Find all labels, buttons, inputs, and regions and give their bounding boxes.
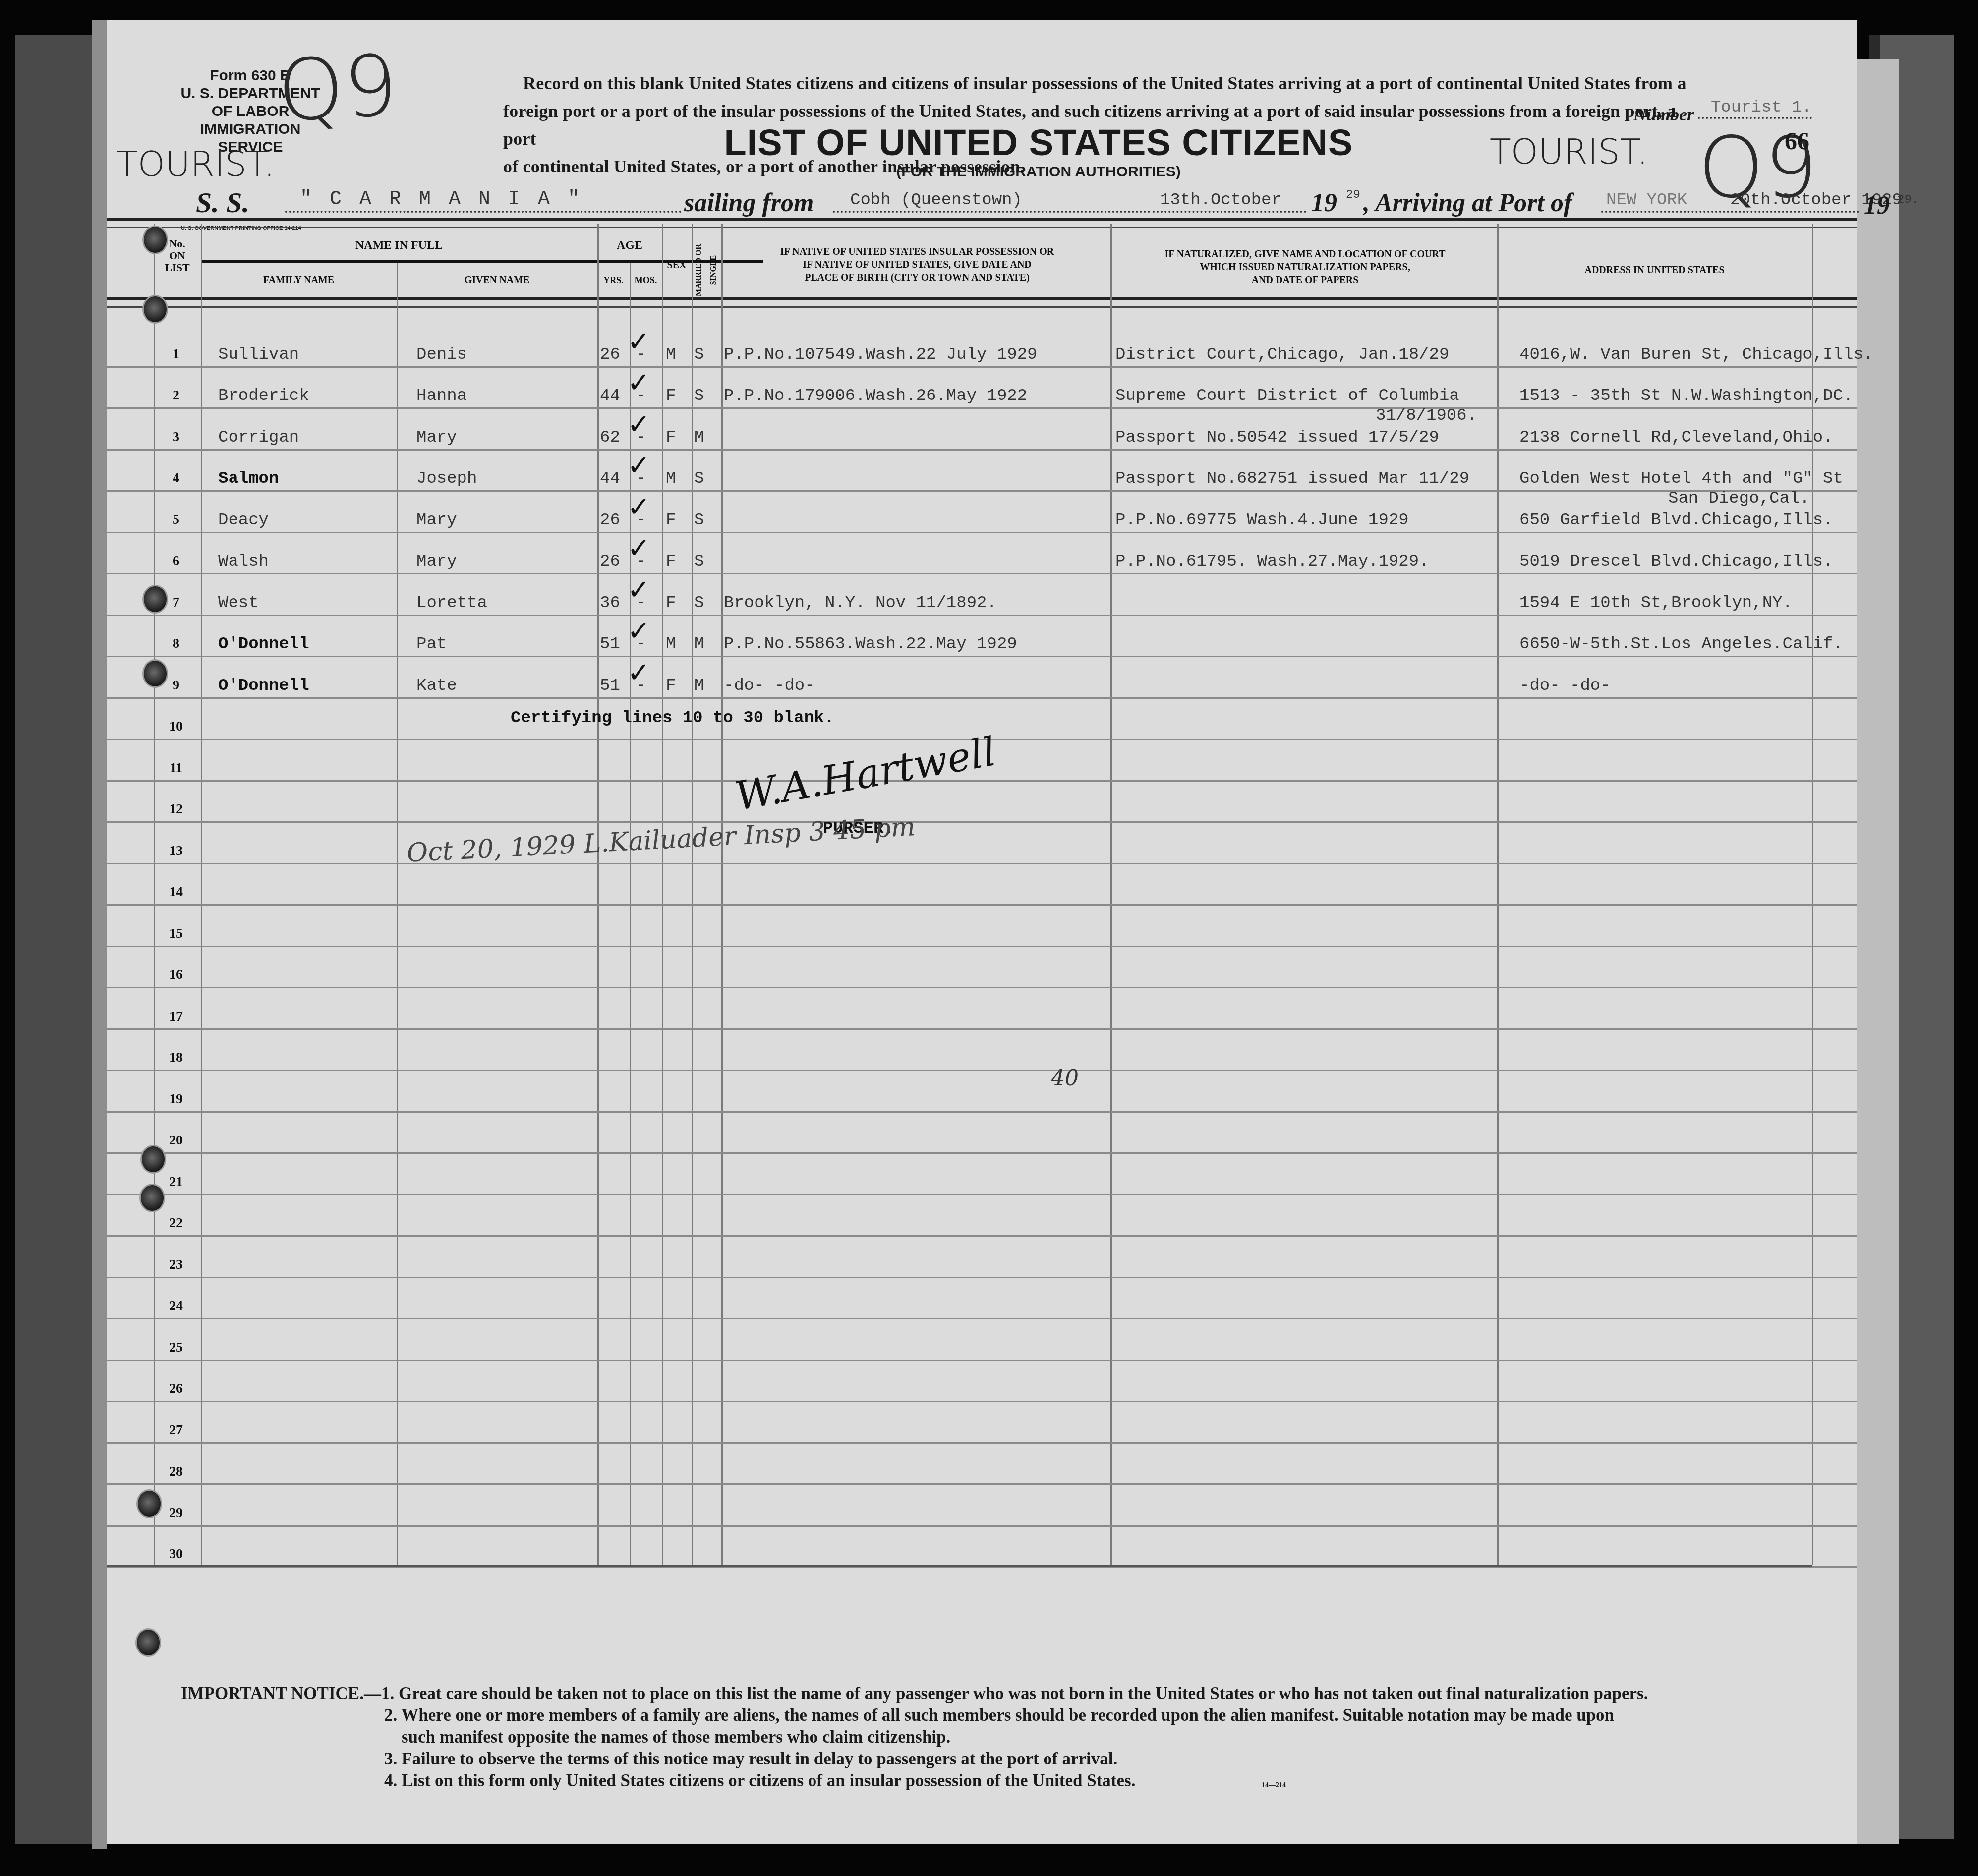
handwritten-class-right: TOURIST. <box>1490 131 1648 172</box>
given-name: Mary <box>416 428 457 447</box>
header-mos: MOS. <box>630 273 662 287</box>
check-mark-icon: ✓ <box>627 491 650 523</box>
age-years: 44 <box>600 387 620 405</box>
family-name: Corrigan <box>218 428 299 447</box>
ruled-line <box>107 1483 1857 1485</box>
ruled-line <box>107 1401 1857 1402</box>
family-name: Broderick <box>218 387 309 405</box>
header-family-name: FAMILY NAME <box>201 273 397 287</box>
family-name: Deacy <box>218 511 269 530</box>
family-name: Sullivan <box>218 345 299 364</box>
number-label: Number <box>1633 105 1694 124</box>
given-name: Mary <box>416 511 457 530</box>
sailing-from-port: Cobh (Queenstown) <box>850 191 1022 210</box>
ruled-line <box>107 821 1857 823</box>
header-nat-line-2: WHICH ISSUED NATURALIZATION PAPERS, <box>1113 261 1497 274</box>
ruled-line <box>107 987 1857 988</box>
check-mark-icon: ✓ <box>627 615 650 647</box>
ruled-line <box>107 1525 1857 1527</box>
ruled-line <box>107 1360 1857 1361</box>
ruled-line <box>107 1194 1857 1195</box>
line-number: 12 <box>156 801 196 817</box>
header-nat-line-1: IF NATURALIZED, GIVE NAME AND LOCATION O… <box>1113 248 1497 261</box>
age-years: 51 <box>600 677 620 695</box>
number-value: Tourist 1. <box>1698 98 1812 119</box>
sex: M <box>666 469 676 488</box>
naturalization-info: District Court,Chicago, Jan.18/29 <box>1115 345 1449 364</box>
manifest-page: Form 630 B U. S. DEPARTMENT OF LABOR IMM… <box>107 20 1857 1844</box>
table-row: WalshMary26-FSP.P.No.61795. Wash.27.May.… <box>107 547 1812 589</box>
ruled-line <box>107 946 1857 947</box>
address: 650 Garfield Blvd.Chicago,Ills. <box>1519 511 1833 530</box>
naturalization-info: P.P.No.69775 Wash.4.June 1929 <box>1115 511 1409 530</box>
marital-status: M <box>694 428 704 447</box>
table-row: CorriganMary62-FMPassport No.50542 issue… <box>107 423 1812 465</box>
address: 4016,W. Van Buren St, Chicago,Ills. <box>1519 345 1873 364</box>
page-title: LIST OF UNITED STATES CITIZENS <box>716 121 1361 164</box>
ruled-line <box>107 1318 1857 1319</box>
line-number: 15 <box>156 926 196 942</box>
header-name-in-full: NAME IN FULL <box>201 238 597 253</box>
sailing-from-label: sailing from <box>684 188 814 218</box>
address: Golden West Hotel 4th and "G" St <box>1519 469 1843 488</box>
punch-hole <box>135 1628 161 1657</box>
line-number: 10 <box>156 719 196 735</box>
ruled-line <box>107 1028 1857 1030</box>
marital-status: S <box>694 387 704 405</box>
notice-item-3: 3. Failure to observe the terms of this … <box>181 1748 1648 1770</box>
sex: F <box>666 511 676 530</box>
handwritten-class-left: TOURIST. <box>116 144 275 184</box>
line-number: 18 <box>156 1050 196 1066</box>
check-mark-icon: ✓ <box>627 408 650 441</box>
header-birth-line-1: IF NATIVE OF UNITED STATES INSULAR POSSE… <box>724 245 1110 258</box>
line-number: 16 <box>156 967 196 983</box>
naturalization-info: Passport No.50542 issued 17/5/29 <box>1115 428 1439 447</box>
marital-status: M <box>694 677 704 695</box>
ruled-line <box>107 780 1857 782</box>
address: 6650-W-5th.St.Los Angeles.Calif. <box>1519 635 1843 654</box>
notice-item-2-cont: such manifest opposite the names of thos… <box>181 1726 1648 1748</box>
arriving-port: NEW YORK <box>1606 191 1687 210</box>
table-row: SullivanDenis26-MSP.P.No.107549.Wash.22 … <box>107 341 1812 382</box>
line-number: 22 <box>156 1215 196 1231</box>
check-mark-icon: ✓ <box>627 574 650 606</box>
age-years: 44 <box>600 469 620 488</box>
ledger-binding-strip <box>92 20 107 1849</box>
line-number: 26 <box>156 1381 196 1397</box>
table-row: BroderickHanna44-FSP.P.No.179006.Wash.26… <box>107 382 1812 423</box>
marital-status: S <box>694 511 704 530</box>
inspector-annotation: Oct 20, 1929 L.Kailuader Insp 3 45 pm <box>406 812 916 868</box>
sex: F <box>666 594 676 613</box>
marital-status: M <box>694 635 704 654</box>
header-yrs: YRS. <box>597 273 630 287</box>
notice-item-4: 4. List on this form only United States … <box>181 1770 1648 1792</box>
sex: M <box>666 345 676 364</box>
pencil-note: 40 <box>1051 1066 1079 1091</box>
age-years: 51 <box>600 635 620 654</box>
check-mark-icon: ✓ <box>627 657 650 689</box>
address: 1513 - 35th St N.W.Washington,DC. <box>1519 387 1853 405</box>
header-nat-line-3: AND DATE OF PAPERS <box>1113 274 1497 286</box>
naturalization-info: Supreme Court District of Columbia <box>1115 387 1459 405</box>
header-birth-line-3: PLACE OF BIRTH (CITY OR TOWN AND STATE) <box>724 271 1110 284</box>
header-sex: SEX <box>662 258 692 273</box>
line-number: 13 <box>156 843 196 859</box>
record-instructions-line-1: Record on this blank United States citiz… <box>503 69 1693 97</box>
marital-status: S <box>694 345 704 364</box>
sailing-from-line <box>833 211 1150 213</box>
given-name: Denis <box>416 345 467 364</box>
form-code: 14—214 <box>1262 1782 1286 1790</box>
given-name: Kate <box>416 677 457 695</box>
page-stamp-number: 66 <box>1785 126 1809 155</box>
punch-hole <box>142 226 168 254</box>
col-rule-extra <box>1812 224 1813 1565</box>
sex: F <box>666 428 676 447</box>
naturalization-info: P.P.No.61795. Wash.27.May.1929. <box>1115 552 1429 571</box>
header-address: ADDRESS IN UNITED STATES <box>1497 263 1812 278</box>
line-number: 28 <box>156 1464 196 1479</box>
sex: F <box>666 387 676 405</box>
address: 5019 Drescel Blvd.Chicago,Ills. <box>1519 552 1833 571</box>
punch-hole <box>142 585 168 614</box>
line-number: 25 <box>156 1340 196 1356</box>
table-row: SalmonJoseph44-MSPassport No.682751 issu… <box>107 464 1812 506</box>
sex: M <box>666 635 676 654</box>
header-naturalization: IF NATURALIZED, GIVE NAME AND LOCATION O… <box>1113 248 1497 286</box>
marital-status: S <box>694 552 704 571</box>
line-number: 23 <box>156 1257 196 1273</box>
line-number: 19 <box>156 1091 196 1107</box>
line-number: 20 <box>156 1133 196 1148</box>
ruled-line <box>107 863 1857 864</box>
line-number: 17 <box>156 1009 196 1024</box>
address-cont: San Diego,Cal. <box>1668 489 1810 508</box>
ruled-line <box>107 1070 1857 1071</box>
header-bottom-rule <box>107 297 1857 308</box>
ruled-line <box>107 1442 1857 1444</box>
birth-info: P.P.No.179006.Wash.26.May 1922 <box>724 387 1027 405</box>
underlying-page-edge <box>1854 59 1899 1844</box>
age-years: 26 <box>600 345 620 364</box>
given-name: Hanna <box>416 387 467 405</box>
age-years: 26 <box>600 552 620 571</box>
ship-name: " C A R M A N I A " <box>300 188 582 211</box>
naturalization-info: Passport No.682751 issued Mar 11/29 <box>1115 469 1469 488</box>
check-mark-icon: ✓ <box>627 532 650 565</box>
table-row: WestLoretta36-FSBrooklyn, N.Y. Nov 11/18… <box>107 589 1812 630</box>
handwritten-code-left: Q9 <box>275 37 400 141</box>
page-subtitle: (FOR THE IMMIGRATION AUTHORITIES) <box>716 164 1361 180</box>
age-years: 36 <box>600 594 620 613</box>
important-notice: IMPORTANT NOTICE.—1. Great care should b… <box>181 1683 1648 1792</box>
birth-info: P.P.No.107549.Wash.22 July 1929 <box>724 345 1038 364</box>
birth-info: -do- -do- <box>724 677 815 695</box>
punch-hole <box>136 1489 162 1518</box>
punch-hole <box>142 659 168 688</box>
sex: F <box>666 552 676 571</box>
punch-hole <box>139 1184 165 1212</box>
given-name: Mary <box>416 552 457 571</box>
sailing-year-suffix: 29 <box>1346 188 1360 202</box>
sailing-year-prefix: 19 <box>1311 188 1337 218</box>
notice-item-1: 1. Great care should be taken not to pla… <box>381 1684 1648 1703</box>
header-age: AGE <box>597 238 662 253</box>
address: 2138 Cornell Rd,Cleveland,Ohio. <box>1519 428 1833 447</box>
line-number: 27 <box>156 1422 196 1438</box>
given-name: Pat <box>416 635 447 654</box>
line-number: 30 <box>156 1546 196 1562</box>
ruled-line <box>107 1235 1857 1237</box>
family-name: West <box>218 594 259 613</box>
notice-item-2: 2. Where one or more members of a family… <box>181 1705 1648 1726</box>
sailing-date: 13th.October <box>1160 191 1281 210</box>
age-years: 26 <box>600 511 620 530</box>
ss-label: S. S. <box>196 186 249 219</box>
arriving-label: , Arriving at Port of <box>1363 188 1572 218</box>
line-number: 11 <box>156 760 196 776</box>
notice-heading: IMPORTANT NOTICE.— <box>181 1684 381 1703</box>
header-given-name: GIVEN NAME <box>397 273 597 287</box>
ship-name-line <box>285 211 682 213</box>
marital-status: S <box>694 594 704 613</box>
line-number: 29 <box>156 1505 196 1521</box>
check-mark-icon: ✓ <box>627 367 650 399</box>
family-name: Salmon <box>218 469 279 488</box>
address: 1594 E 10th St,Brooklyn,NY. <box>1519 594 1793 613</box>
arriving-year-suffix: 29. <box>1897 193 1919 207</box>
birth-info: P.P.No.55863.Wash.22.May 1929 <box>724 635 1017 654</box>
header-birth: IF NATIVE OF UNITED STATES INSULAR POSSE… <box>724 245 1110 284</box>
certifying-text: Certifying lines 10 to 30 blank. <box>511 709 834 728</box>
sailing-date-line <box>1153 211 1306 213</box>
purser-signature: W.A.Hartwell <box>732 729 999 820</box>
table-row: DeacyMary26-FSP.P.No.69775 Wash.4.June 1… <box>107 506 1812 548</box>
arriving-line <box>1601 211 1859 213</box>
family-name: O'Donnell <box>218 635 309 654</box>
birth-info: Brooklyn, N.Y. Nov 11/1892. <box>724 594 997 613</box>
header-birth-line-2: IF NATIVE OF UNITED STATES, GIVE DATE AN… <box>724 258 1110 271</box>
punch-hole <box>142 295 168 324</box>
family-name: O'Donnell <box>218 677 309 695</box>
header-top-rule <box>107 218 1857 228</box>
ruled-line <box>107 904 1857 906</box>
ruled-line <box>107 1277 1857 1278</box>
notice-line-1: IMPORTANT NOTICE.—1. Great care should b… <box>181 1683 1648 1705</box>
marital-status: S <box>694 469 704 488</box>
ruled-line <box>107 1152 1857 1154</box>
ruled-line <box>107 1111 1857 1113</box>
header-no-line-3: LIST <box>154 262 201 274</box>
given-name: Loretta <box>416 594 487 613</box>
line-number: 24 <box>156 1298 196 1314</box>
header-married-or-single: MARRIED OR SINGLE <box>692 235 721 305</box>
table-row: O'DonnellKate51-FM-do- -do--do- -do-✓ <box>107 672 1812 713</box>
family-name: Walsh <box>218 552 269 571</box>
line-number: 14 <box>156 884 196 900</box>
arriving-year-prefix: 19 <box>1864 191 1890 220</box>
age-years: 62 <box>600 428 620 447</box>
naturalization-info-cont: 31/8/1906. <box>1376 406 1477 425</box>
address: -do- -do- <box>1519 677 1611 695</box>
check-mark-icon: ✓ <box>627 450 650 482</box>
given-name: Joseph <box>416 469 477 488</box>
line-number: 21 <box>156 1174 196 1190</box>
check-mark-icon: ✓ <box>627 326 650 358</box>
sex: F <box>666 677 676 695</box>
table-bottom-rule <box>107 1565 1812 1567</box>
punch-hole <box>140 1145 166 1174</box>
table-row: O'DonnellPat51-MMP.P.No.55863.Wash.22.Ma… <box>107 630 1812 672</box>
